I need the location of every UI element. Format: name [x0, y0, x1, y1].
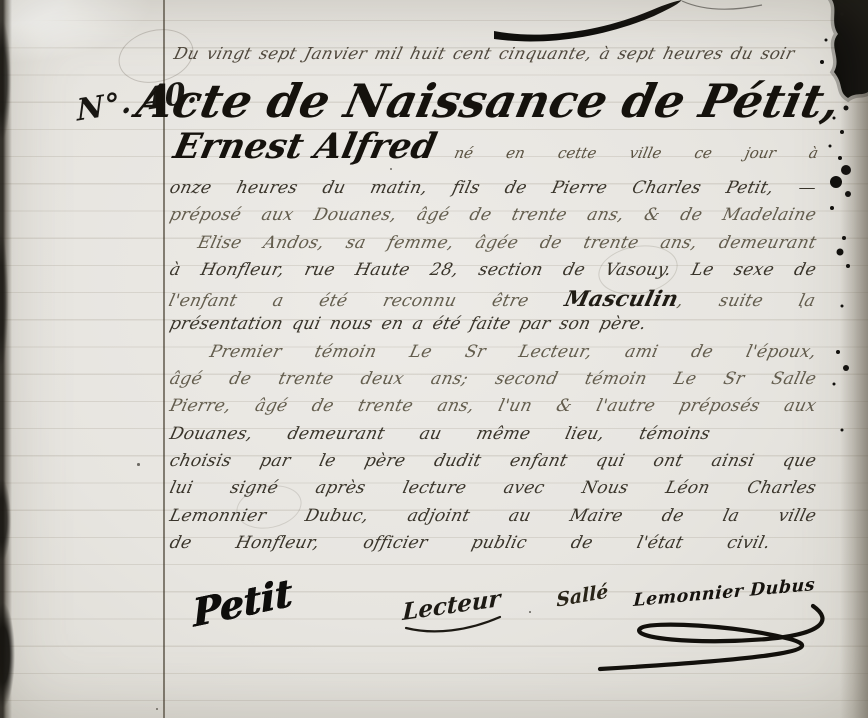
act-title-row2: Ernest Alfred né en cette ville ce jour … [170, 126, 824, 167]
body-line: choisis par le père dudit enfant qui ont… [166, 451, 818, 478]
act-title-line2: Ernest Alfred [170, 126, 440, 167]
date-line: Du vingt sept Janvier mil huit cent cinq… [172, 44, 797, 63]
body-line: Lemonnier Dubuc, adjoint au Maire de la … [166, 506, 818, 533]
body-line: onze heures du matin, fils de Pierre Cha… [166, 178, 818, 205]
body-line: présentation qui nous en a été faite par… [166, 314, 648, 341]
body-line: Elise Andos, sa femme, âgée de trente an… [194, 233, 818, 260]
ink-speck [529, 611, 531, 613]
register-page-scan: N°. 40. Du vingt sept Janvier mil huit c… [0, 0, 868, 718]
body-line: de Honfleur, officier public de l'état c… [166, 533, 772, 560]
signature-underline-swash [398, 612, 508, 638]
sex-emphasis: Masculin [562, 287, 681, 312]
body-line: âgé de trente deux ans; second témoin Le… [166, 369, 818, 396]
act-body-text: onze heures du matin, fils de Pierre Cha… [166, 178, 812, 560]
body-line-sex-declaration: l'enfant a été reconnu être Masculin, su… [166, 287, 818, 314]
ink-speck [156, 708, 158, 710]
top-ink-flourish [470, 0, 780, 48]
page-left-edge [0, 0, 15, 718]
body-line: préposé aux Douanes, âgé de trente ans, … [166, 205, 818, 232]
ink-speck [390, 168, 392, 170]
body-line-pre: l'enfant a été reconnu être [167, 291, 567, 311]
ink-blots-right-edge [812, 0, 868, 460]
body-line: Douanes, demeurant au même lieu, témoins [166, 424, 712, 451]
signature-flourish [585, 598, 835, 678]
body-line: Pierre, âgé de trente ans, l'un & l'autr… [166, 396, 818, 423]
ink-speck [137, 463, 140, 466]
body-line: Premier témoin Le Sr Lecteur, ami de l'é… [206, 342, 818, 369]
body-line-post: , suite la [675, 291, 817, 311]
act-title-line1: Acte de Naissance de Pétit, [132, 74, 829, 128]
body-line: lui signé après lecture avec Nous Léon C… [166, 478, 818, 505]
act-title-continuation: né en cette ville ce jour à [453, 144, 820, 162]
scan-corner-highlight [0, 0, 150, 62]
body-line: à Honfleur, rue Haute 28, section de Vas… [166, 260, 818, 287]
